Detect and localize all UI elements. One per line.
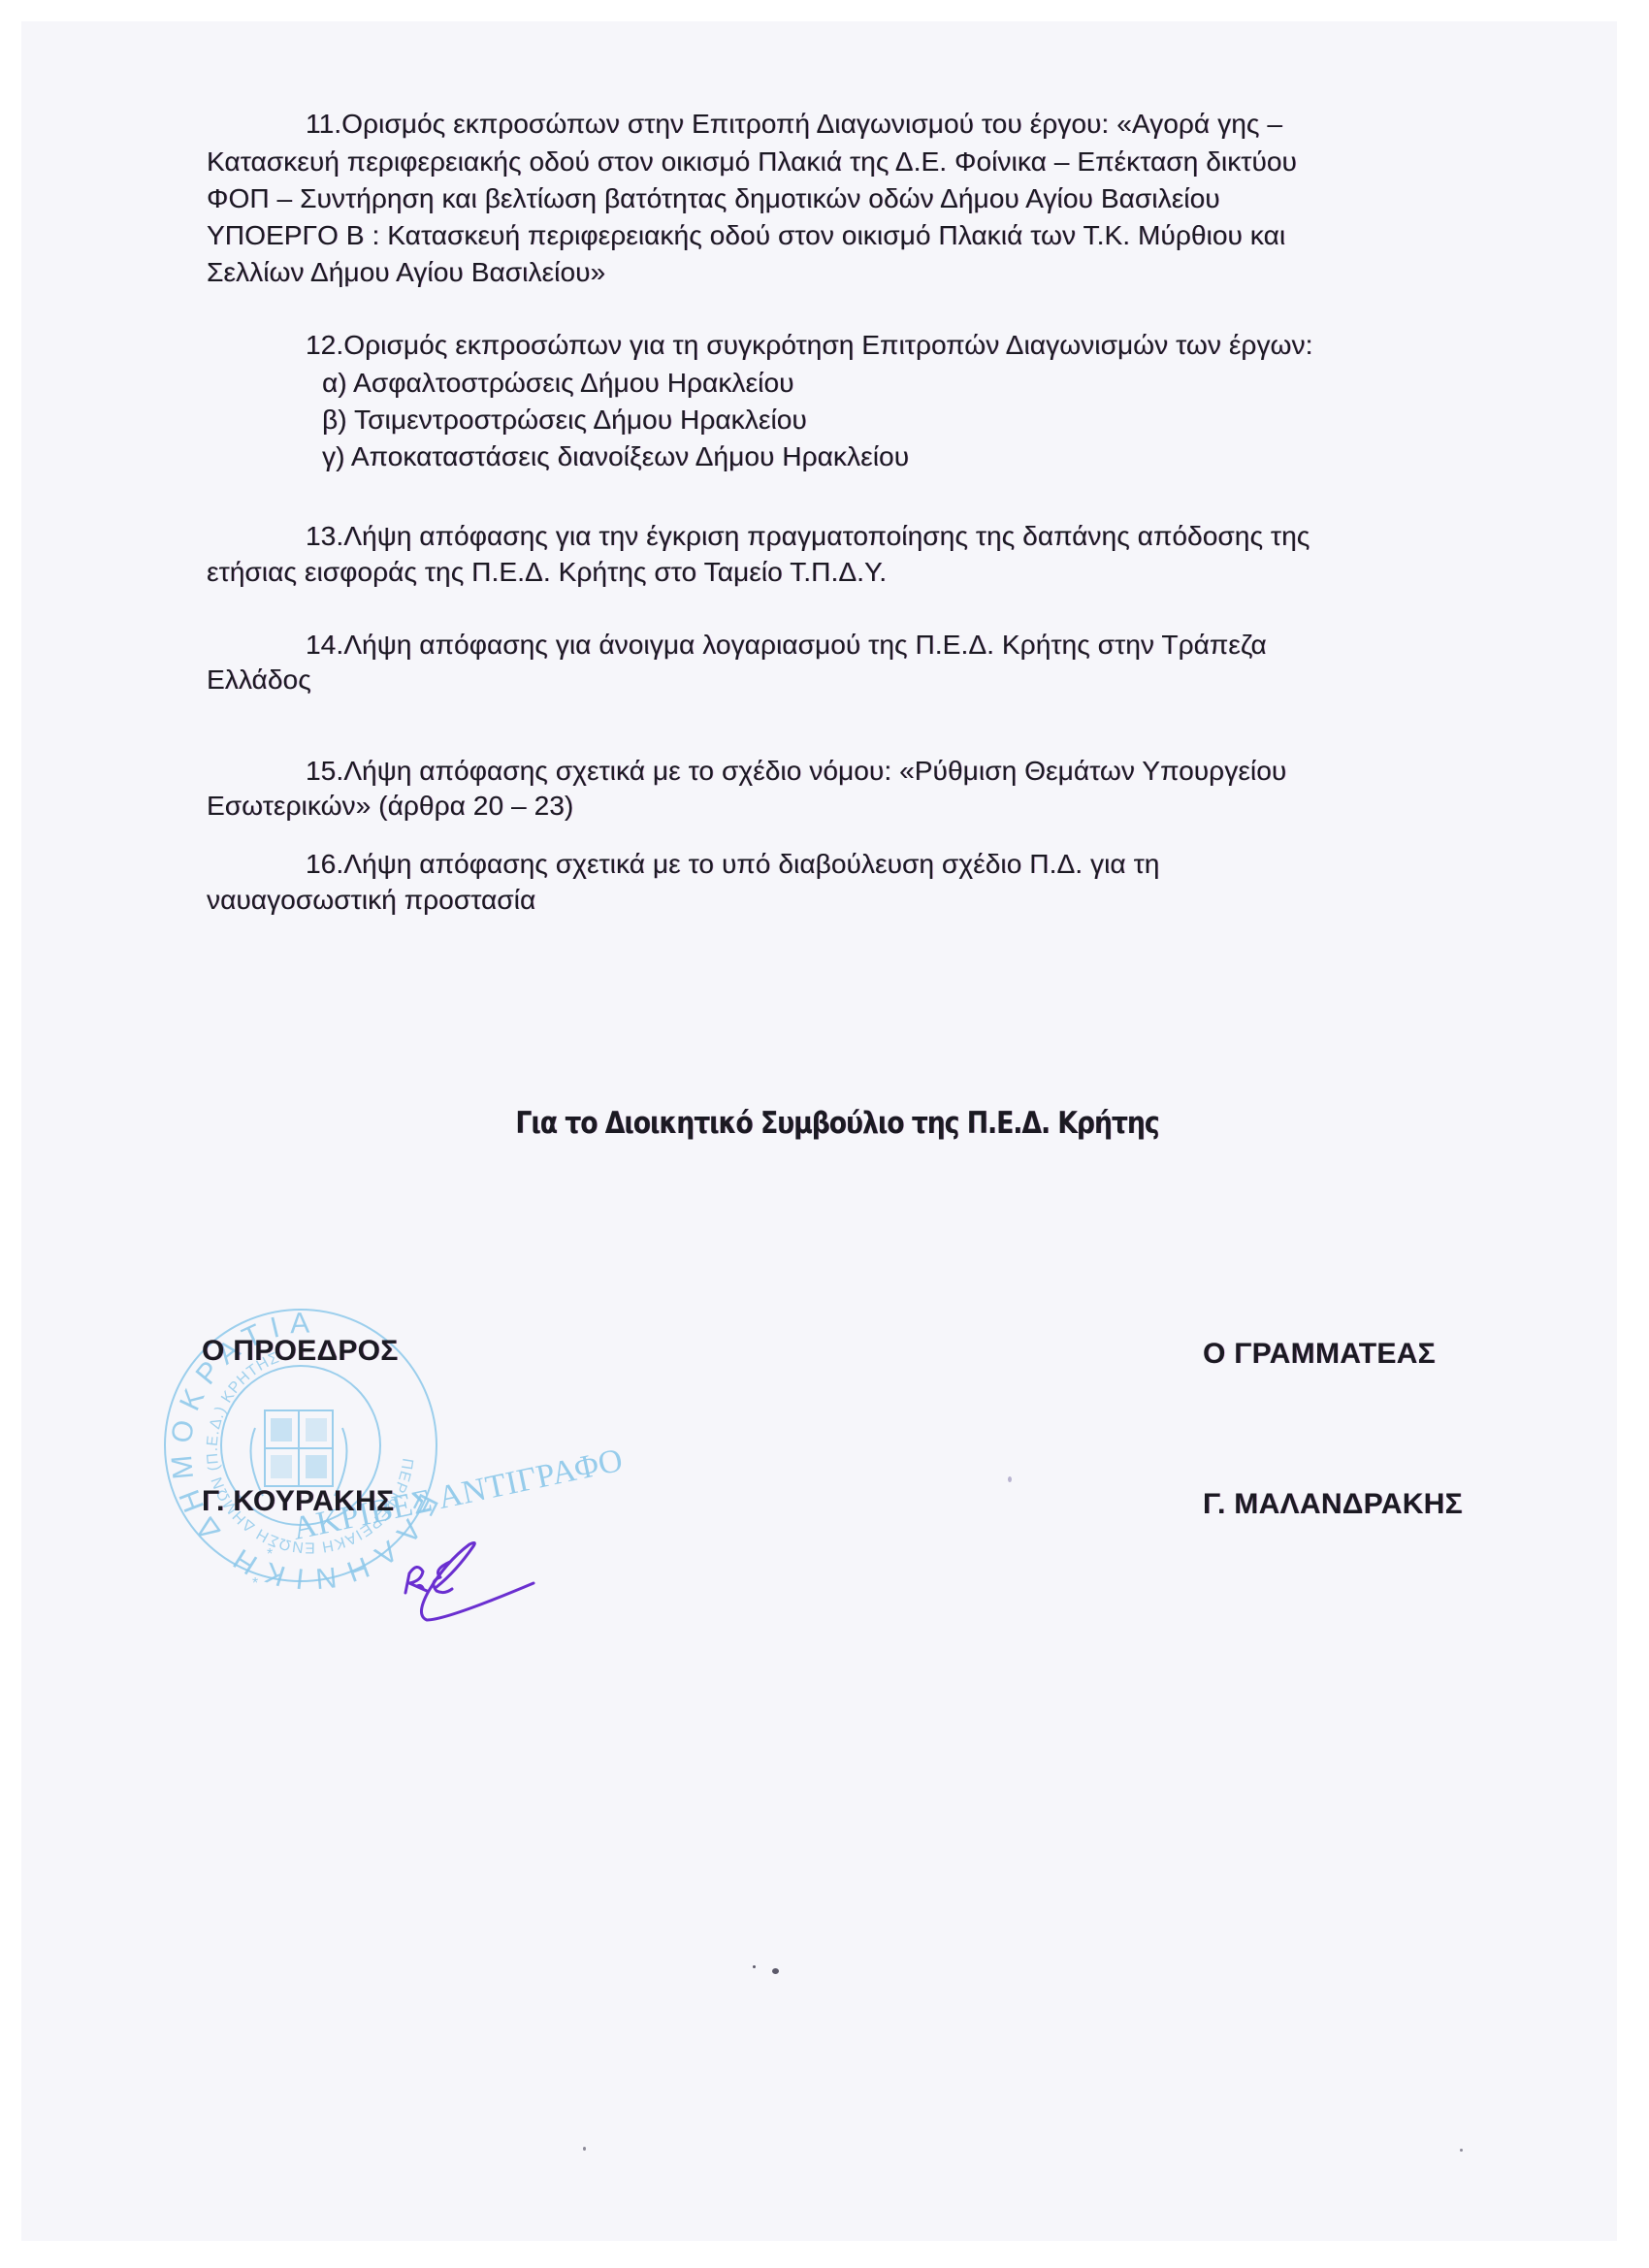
scan-speck [1008,1476,1012,1482]
president-title: Ο ΠΡΟΕΔΡΟΣ [202,1337,399,1366]
board-title: Για το Διοικητικό Συμβούλιο της Π.Ε.Δ. Κ… [117,1109,1557,1139]
agenda-subitem: α) Ασφαλτοστρώσεις Δήμου Ηρακλείου [322,370,794,397]
agenda-line: Εσωτερικών» (άρθρα 20 – 23) [207,793,573,820]
agenda-line: Ελλάδος [207,666,311,694]
president-name: Γ. ΚΟΥΡΑΚΗΣ [202,1487,394,1516]
signature-icon [388,1523,563,1639]
agenda-line: Κατασκευή περιφερειακής οδού στον οικισμ… [207,148,1297,176]
agenda-line: 16.Λήψη απόφασης σχετικά με το υπό διαβο… [306,851,1159,878]
agenda-subitem: β) Τσιμεντροστρώσεις Δήμου Ηρακλείου [322,406,807,434]
agenda-line: 14.Λήψη απόφασης για άνοιγμα λογαριασμού… [306,632,1267,659]
agenda-line: ΦΟΠ – Συντήρηση και βελτίωση βατότητας δ… [207,185,1220,212]
agenda-line: 12.Ορισμός εκπροσώπων για τη συγκρότηση … [306,332,1312,359]
scan-speck [772,1968,779,1974]
agenda-line: 11.Ορισμός εκπροσώπων στην Επιτροπή Διαγ… [306,111,1282,138]
agenda-line: ΥΠΟΕΡΓΟ Β : Κατασκευή περιφερειακής οδού… [207,222,1285,249]
agenda-line: ετήσιας εισφοράς της Π.Ε.Δ. Κρήτης στο Τ… [207,559,887,586]
agenda-line: ναυαγοσωστική προστασία [207,887,535,914]
secretary-name: Γ. ΜΑΛΑΝΔΡΑΚΗΣ [1203,1490,1463,1519]
scan-speck [583,2147,586,2151]
agenda-subitem: γ) Αποκαταστάσεις διανοίξεων Δήμου Ηρακλ… [322,443,909,470]
agenda-line: 13.Λήψη απόφασης για την έγκριση πραγματ… [306,523,1309,550]
secretary-title: Ο ΓΡΑΜΜΑΤΕΑΣ [1203,1340,1436,1369]
scan-speck [753,1965,756,1968]
scan-speck [1460,2149,1463,2152]
agenda-line: 15.Λήψη απόφασης σχετικά με το σχέδιο νό… [306,758,1286,785]
agenda-line: Σελλίων Δήμου Αγίου Βασιλείου» [207,259,605,286]
